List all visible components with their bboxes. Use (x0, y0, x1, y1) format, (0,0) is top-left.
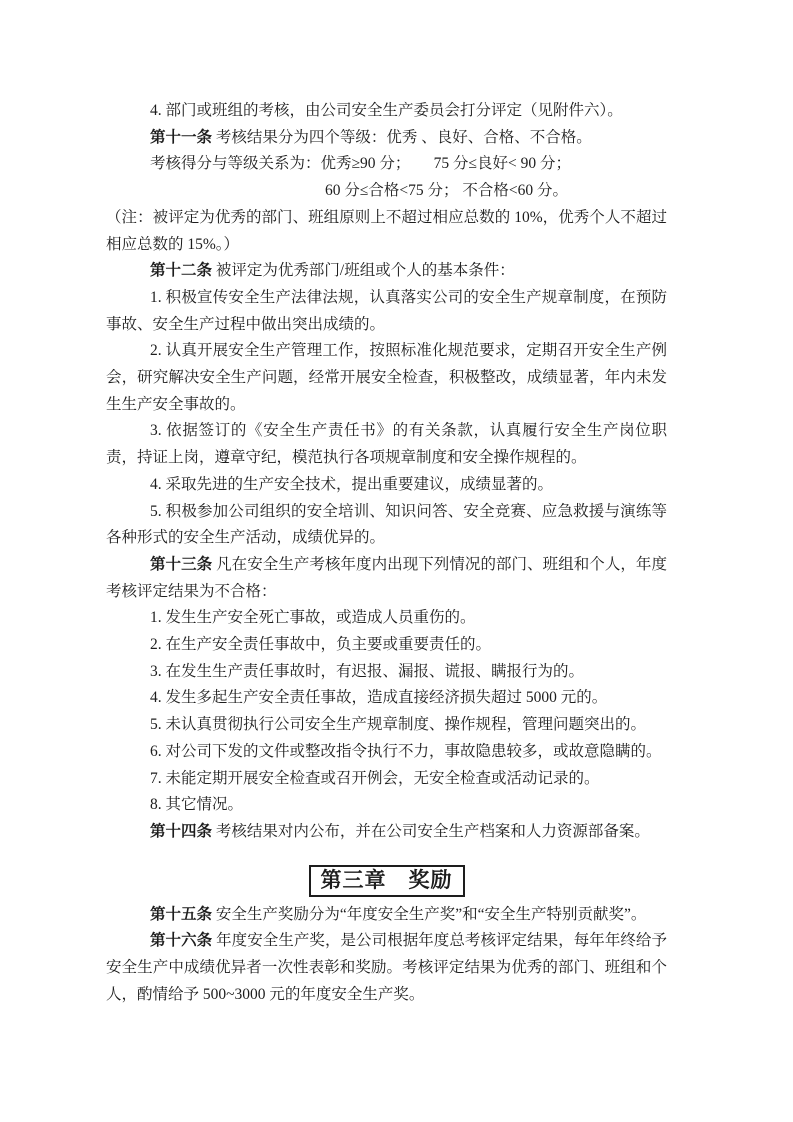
paragraph-text: 4. 部门或班组的考核，由公司安全生产委员会打分评定（见附件六）。 (150, 102, 623, 119)
paragraph-text: 4. 采取先进的生产安全技术，提出重要建议，成绩显著的。 (150, 476, 553, 493)
paragraph-text: 考核结果对内公布，并在公司安全生产档案和人力资源部备案。 (212, 823, 650, 840)
paragraph-text: 4. 发生多起生产安全责任事故，造成直接经济损失超过 5000 元的。 (150, 689, 607, 706)
article-16: 第十六条 年度安全生产奖，是公司根据年度总考核评定结果，每年年终给予安全生产中成… (106, 928, 667, 1008)
article-11-number: 第十一条 (150, 129, 212, 146)
chapter-3-heading-box: 第三章 奖励 (309, 865, 465, 897)
article-16-number: 第十六条 (150, 932, 212, 949)
article-13-item-3: 3. 在发生生产责任事故时，有迟报、漏报、谎报、瞒报行为的。 (106, 659, 667, 686)
article-11: 第十一条 考核结果分为四个等级：优秀 、良好、合格、不合格。 (106, 125, 667, 152)
paragraph-text: 5. 未认真贯彻执行公司安全生产规章制度、操作规程，管理问题突出的。 (150, 716, 646, 733)
paragraph-text: 考核得分与等级关系为：优秀≥90 分； 75 分≤良好< 90 分； (150, 155, 571, 172)
article-13-item-1: 1. 发生生产安全死亡事故，或造成人员重伤的。 (106, 605, 667, 632)
article-12-item-4: 4. 采取先进的生产安全技术，提出重要建议，成绩显著的。 (106, 472, 667, 499)
paragraph-text: 60 分≤合格<75 分； 不合格<60 分。 (325, 182, 568, 199)
grade-score-line-1: 考核得分与等级关系为：优秀≥90 分； 75 分≤良好< 90 分； (106, 151, 667, 178)
article-13-item-4: 4. 发生多起生产安全责任事故，造成直接经济损失超过 5000 元的。 (106, 685, 667, 712)
document-page: 4. 部门或班组的考核，由公司安全生产委员会打分评定（见附件六）。 第十一条 考… (0, 0, 793, 1122)
paragraph-text: 3. 在发生生产责任事故时，有迟报、漏报、谎报、瞒报行为的。 (150, 663, 584, 680)
paragraph-text: 3. 依据签订的《安全生产责任书》的有关条款，认真履行安全生产岗位职责，持证上岗… (106, 422, 667, 466)
article-14: 第十四条 考核结果对内公布，并在公司安全生产档案和人力资源部备案。 (106, 819, 667, 846)
article-13-number: 第十三条 (150, 556, 212, 573)
article-12-number: 第十二条 (150, 262, 212, 279)
paragraph-text: 1. 发生生产安全死亡事故，或造成人员重伤的。 (150, 609, 476, 626)
paragraph-text: （注：被评定为优秀的部门、班组原则上不超过相应总数的 10%，优秀个人不超过相应… (106, 209, 667, 253)
paragraph-text: 考核结果分为四个等级：优秀 、良好、合格、不合格。 (212, 129, 592, 146)
chapter-3-heading: 第三章 奖励 (106, 865, 667, 897)
paragraph-text: 安全生产奖励分为“年度安全生产奖”和“安全生产特别贡献奖”。 (212, 906, 646, 923)
document-body: 4. 部门或班组的考核，由公司安全生产委员会打分评定（见附件六）。 第十一条 考… (106, 98, 667, 1009)
article-13-item-5: 5. 未认真贯彻执行公司安全生产规章制度、操作规程，管理问题突出的。 (106, 712, 667, 739)
paragraph-text: 2. 认真开展安全生产管理工作，按照标准化规范要求，定期召开安全生产例会，研究解… (106, 342, 667, 412)
article-13-item-2: 2. 在生产安全责任事故中，负主要或重要责任的。 (106, 632, 667, 659)
article-13-item-6: 6. 对公司下发的文件或整改指令执行不力，事故隐患较多，或故意隐瞒的。 (106, 739, 667, 766)
article-12-item-2: 2. 认真开展安全生产管理工作，按照标准化规范要求，定期召开安全生产例会，研究解… (106, 338, 667, 418)
article-12-item-3: 3. 依据签订的《安全生产责任书》的有关条款，认真履行安全生产岗位职责，持证上岗… (106, 418, 667, 471)
intro-item-4: 4. 部门或班组的考核，由公司安全生产委员会打分评定（见附件六）。 (106, 98, 667, 125)
paragraph-text: 5. 积极参加公司组织的安全培训、知识问答、安全竞赛、应急救援与演练等各种形式的… (106, 503, 667, 547)
article-13-item-8: 8. 其它情况。 (106, 792, 667, 819)
paragraph-text: 6. 对公司下发的文件或整改指令执行不力，事故隐患较多，或故意隐瞒的。 (150, 743, 662, 760)
article-12-item-1: 1. 积极宣传安全生产法律法规，认真落实公司的安全生产规章制度，在预防事故、安全… (106, 285, 667, 338)
paragraph-text: 1. 积极宣传安全生产法律法规，认真落实公司的安全生产规章制度，在预防事故、安全… (106, 289, 667, 333)
note-paragraph: （注：被评定为优秀的部门、班组原则上不超过相应总数的 10%，优秀个人不超过相应… (106, 205, 667, 258)
article-13: 第十三条 凡在安全生产考核年度内出现下列情况的部门、班组和个人，年度考核评定结果… (106, 552, 667, 605)
article-15: 第十五条 安全生产奖励分为“年度安全生产奖”和“安全生产特别贡献奖”。 (106, 902, 667, 929)
paragraph-text: 被评定为优秀部门/班组或个人的基本条件： (212, 262, 515, 279)
paragraph-text: 8. 其它情况。 (150, 796, 243, 813)
article-15-number: 第十五条 (150, 906, 212, 923)
article-12: 第十二条 被评定为优秀部门/班组或个人的基本条件： (106, 258, 667, 285)
grade-score-line-2: 60 分≤合格<75 分； 不合格<60 分。 (106, 178, 667, 205)
article-14-number: 第十四条 (150, 823, 212, 840)
paragraph-text: 2. 在生产安全责任事故中，负主要或重要责任的。 (150, 636, 491, 653)
article-12-item-5: 5. 积极参加公司组织的安全培训、知识问答、安全竞赛、应急救援与演练等各种形式的… (106, 499, 667, 552)
paragraph-text: 7. 未能定期开展安全检查或召开例会，无安全检查或活动记录的。 (150, 770, 600, 787)
article-13-item-7: 7. 未能定期开展安全检查或召开例会，无安全检查或活动记录的。 (106, 766, 667, 793)
